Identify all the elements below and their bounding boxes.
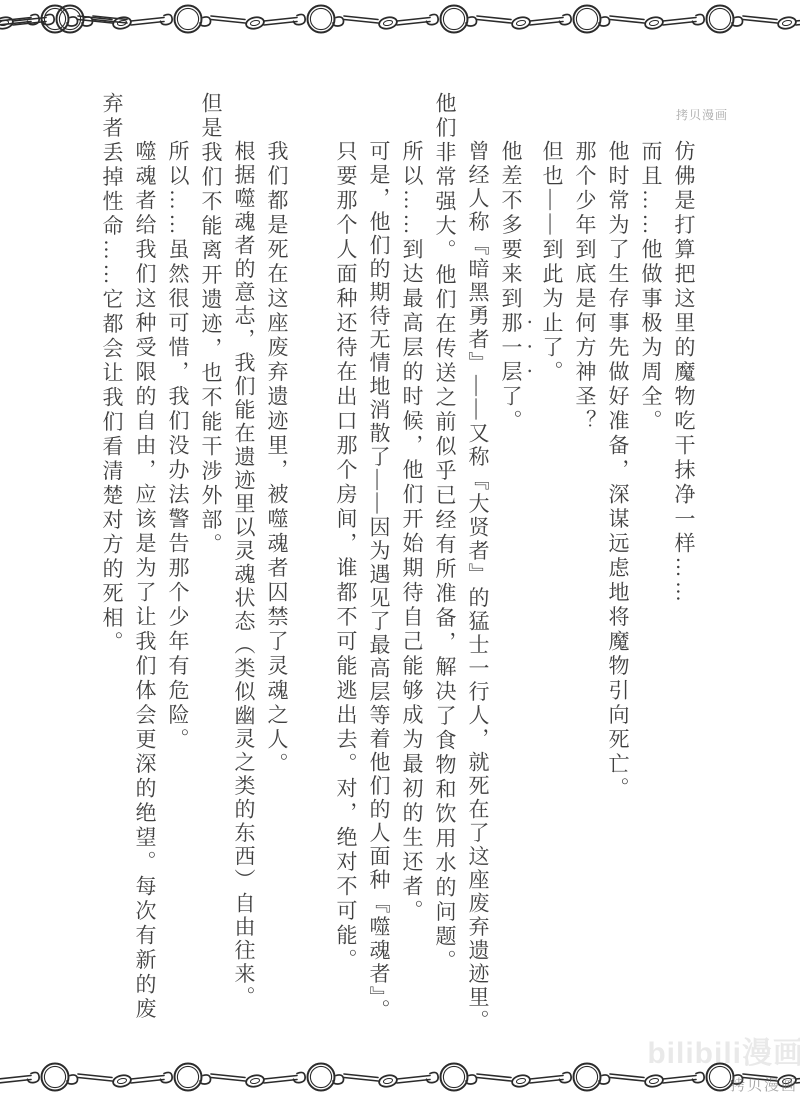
paragraph: 可是，他们的期待无情地消散了——因为遇见了最高层等着他们的人面种『噬魂者』。 [362,92,395,1042]
paragraph: 他时常为了生存事先做好准备，深谋远虑地将魔物引向死亡。 [601,92,634,1042]
watermark-logo-faint-icon: bilibili漫画 [647,1028,800,1072]
paragraph: 他们非常强大。他们在传送之前似乎已经有所准备，解决了食物和饮用水的问题。 [428,92,461,1042]
paragraph: 那个少年到底是何方神圣？ [568,92,601,1042]
paragraph: 但也——到此为止了。 [535,92,568,1042]
paragraph: 所以……虽然很可惜，我们没办法警告那个少年有危险。 [161,92,194,1042]
paragraph: 所以……到达最高层的时候，他们开始期待自己能够成为最初的生还者。 [395,92,428,1042]
paragraph: 曾经人称『暗黑勇者』——又称『大贤者』的猛士一行人，就死在了这座废弃遗迹里。 [461,92,494,1042]
watermark-bottom: 拷贝漫画 [730,1074,798,1095]
paragraph: 根据噬魂者的意志，我们能在遗迹里以灵魂状态（类似幽灵之类的东西）自由往来。 [227,92,260,1042]
paragraph: 仿佛是打算把这里的魔物吃干抹净一样…… [667,92,700,1042]
paragraph: 我们都是死在这座废弃遗迹里，被噬魂者囚禁了灵魂之人。 [260,92,293,1042]
chain-border-top [0,2,800,38]
paragraph: 而且……他做事极为周全。 [634,92,667,1042]
paragraph: 他差不多要来到那一层了。 [494,92,535,1042]
paragraph: 但是我们不能离开遗迹，也不能干涉外部。 [194,92,227,1042]
paragraph: 只要那个人面种还待在出口那个房间，谁都不可能逃出去。对，绝对不可能。 [329,92,362,1042]
paragraph: 噬魂者给我们这种受限的自由，应该是为了让我们体会更深的绝望。每次有新的废弃者丢掉… [95,92,161,1042]
emphasized-text: 那一层 [499,312,523,386]
novel-text: 仿佛是打算把这里的魔物吃干抹净一样……而且……他做事极为周全。他时常为了生存事先… [95,92,700,1042]
